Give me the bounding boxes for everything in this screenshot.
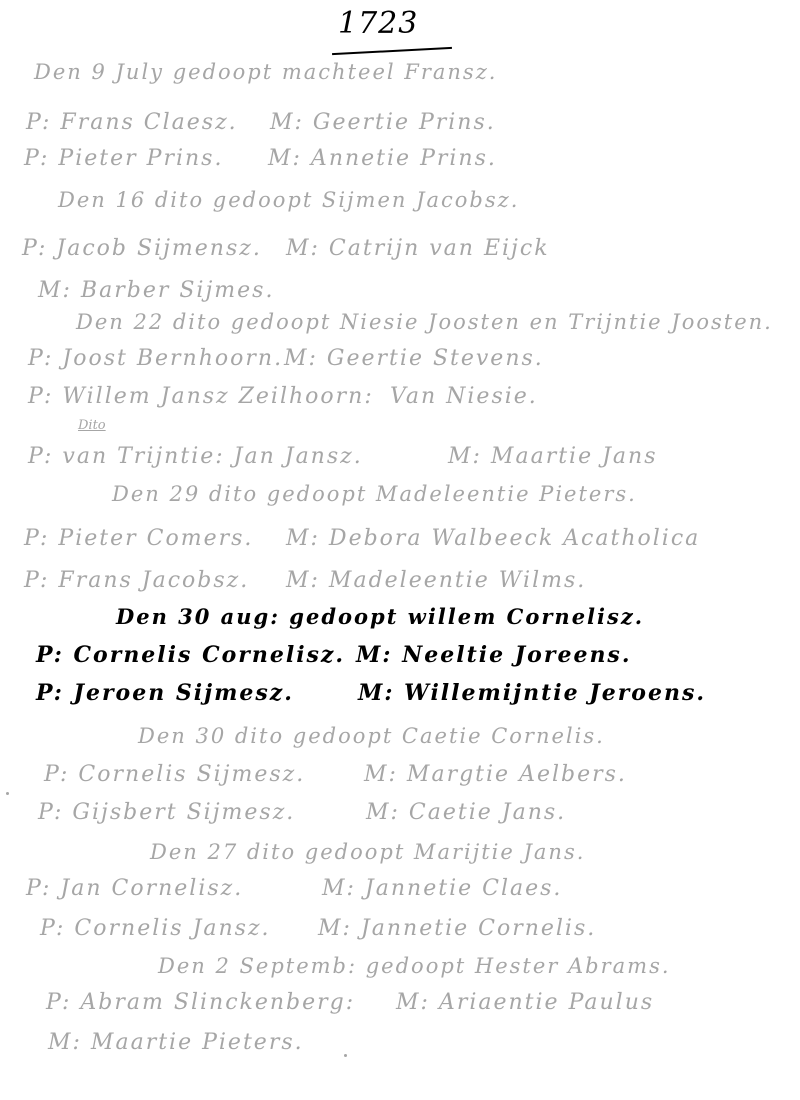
witness-mother: M: Caetie Jans.: [366, 802, 566, 824]
witness-father: P: Frans Claesz.: [26, 112, 238, 134]
witness-mother: M: Debora Walbeeck Acatholica: [286, 528, 700, 550]
witness-father: P: Jeroen Sijmesz.: [36, 682, 294, 704]
entry-heading: Den 9 July gedoopt machteel Fransz.: [34, 62, 497, 83]
year-heading: 1723: [338, 6, 418, 41]
entry-heading: Den 16 dito gedoopt Sijmen Jacobsz.: [58, 190, 519, 211]
witness-father: P: Jan Cornelisz.: [26, 878, 243, 900]
ink-speck: [344, 1054, 347, 1057]
witness-mother: Van Niesie.: [390, 386, 538, 408]
entry-heading: Den 30 dito gedoopt Caetie Cornelis.: [138, 726, 605, 747]
witness-father: P: Abram Slinckenberg:: [46, 992, 355, 1014]
witness-mother: M: Maartie Pieters.: [48, 1032, 304, 1054]
entry-heading-emphasized: Den 30 aug: gedoopt willem Cornelisz.: [116, 606, 644, 627]
witness-father: P: Jacob Sijmensz.: [22, 238, 262, 260]
witness-mother: M: Jannetie Claes.: [322, 878, 562, 900]
witness-father: P: van Trijntie: Jan Jansz.: [28, 446, 363, 468]
witness-mother: M: Maartie Jans: [448, 446, 658, 468]
witness-mother: M: Barber Sijmes.: [38, 280, 274, 302]
witness-mother: M: Geertie Prins.: [270, 112, 496, 134]
entry-heading: Den 27 dito gedoopt Marijtie Jans.: [150, 842, 585, 863]
witness-mother: M: Madeleentie Wilms.: [286, 570, 586, 592]
witness-mother: M: Margtie Aelbers.: [364, 764, 627, 786]
witness-father: P: Willem Jansz Zeilhoorn:: [28, 386, 374, 408]
marginal-note: Dito: [78, 418, 106, 433]
witness-mother: M: Ariaentie Paulus: [396, 992, 654, 1014]
year-underline: [332, 47, 452, 55]
witness-father: P: Cornelis Jansz.: [40, 918, 271, 940]
witness-mother: M: Neeltie Joreens.: [356, 644, 631, 666]
witness-father: P: Pieter Comers.: [24, 528, 253, 550]
witness-father: P: Cornelis Cornelisz.: [36, 644, 345, 666]
witness-mother: M: Annetie Prins.: [268, 148, 497, 170]
entry-heading: Den 29 dito gedoopt Madeleentie Pieters.: [112, 484, 637, 505]
witness-mother: M: Geertie Stevens.: [284, 348, 544, 370]
witness-father: P: Joost Bernhoorn.: [28, 348, 283, 370]
entry-heading: Den 2 Septemb: gedoopt Hester Abrams.: [158, 956, 671, 977]
ink-speck: [6, 792, 9, 795]
entry-heading: Den 22 dito gedoopt Niesie Joosten en Tr…: [76, 312, 773, 333]
witness-father: P: Frans Jacobsz.: [24, 570, 249, 592]
witness-mother: M: Catrijn van Eijck: [286, 238, 550, 260]
witness-father: P: Pieter Prins.: [24, 148, 223, 170]
register-page: 1723 Den 9 July gedoopt machteel Fransz.…: [0, 0, 800, 1100]
witness-mother: M: Jannetie Cornelis.: [318, 918, 596, 940]
witness-father: P: Cornelis Sijmesz.: [44, 764, 305, 786]
witness-mother: M: Willemijntie Jeroens.: [358, 682, 706, 704]
witness-father: P: Gijsbert Sijmesz.: [38, 802, 295, 824]
